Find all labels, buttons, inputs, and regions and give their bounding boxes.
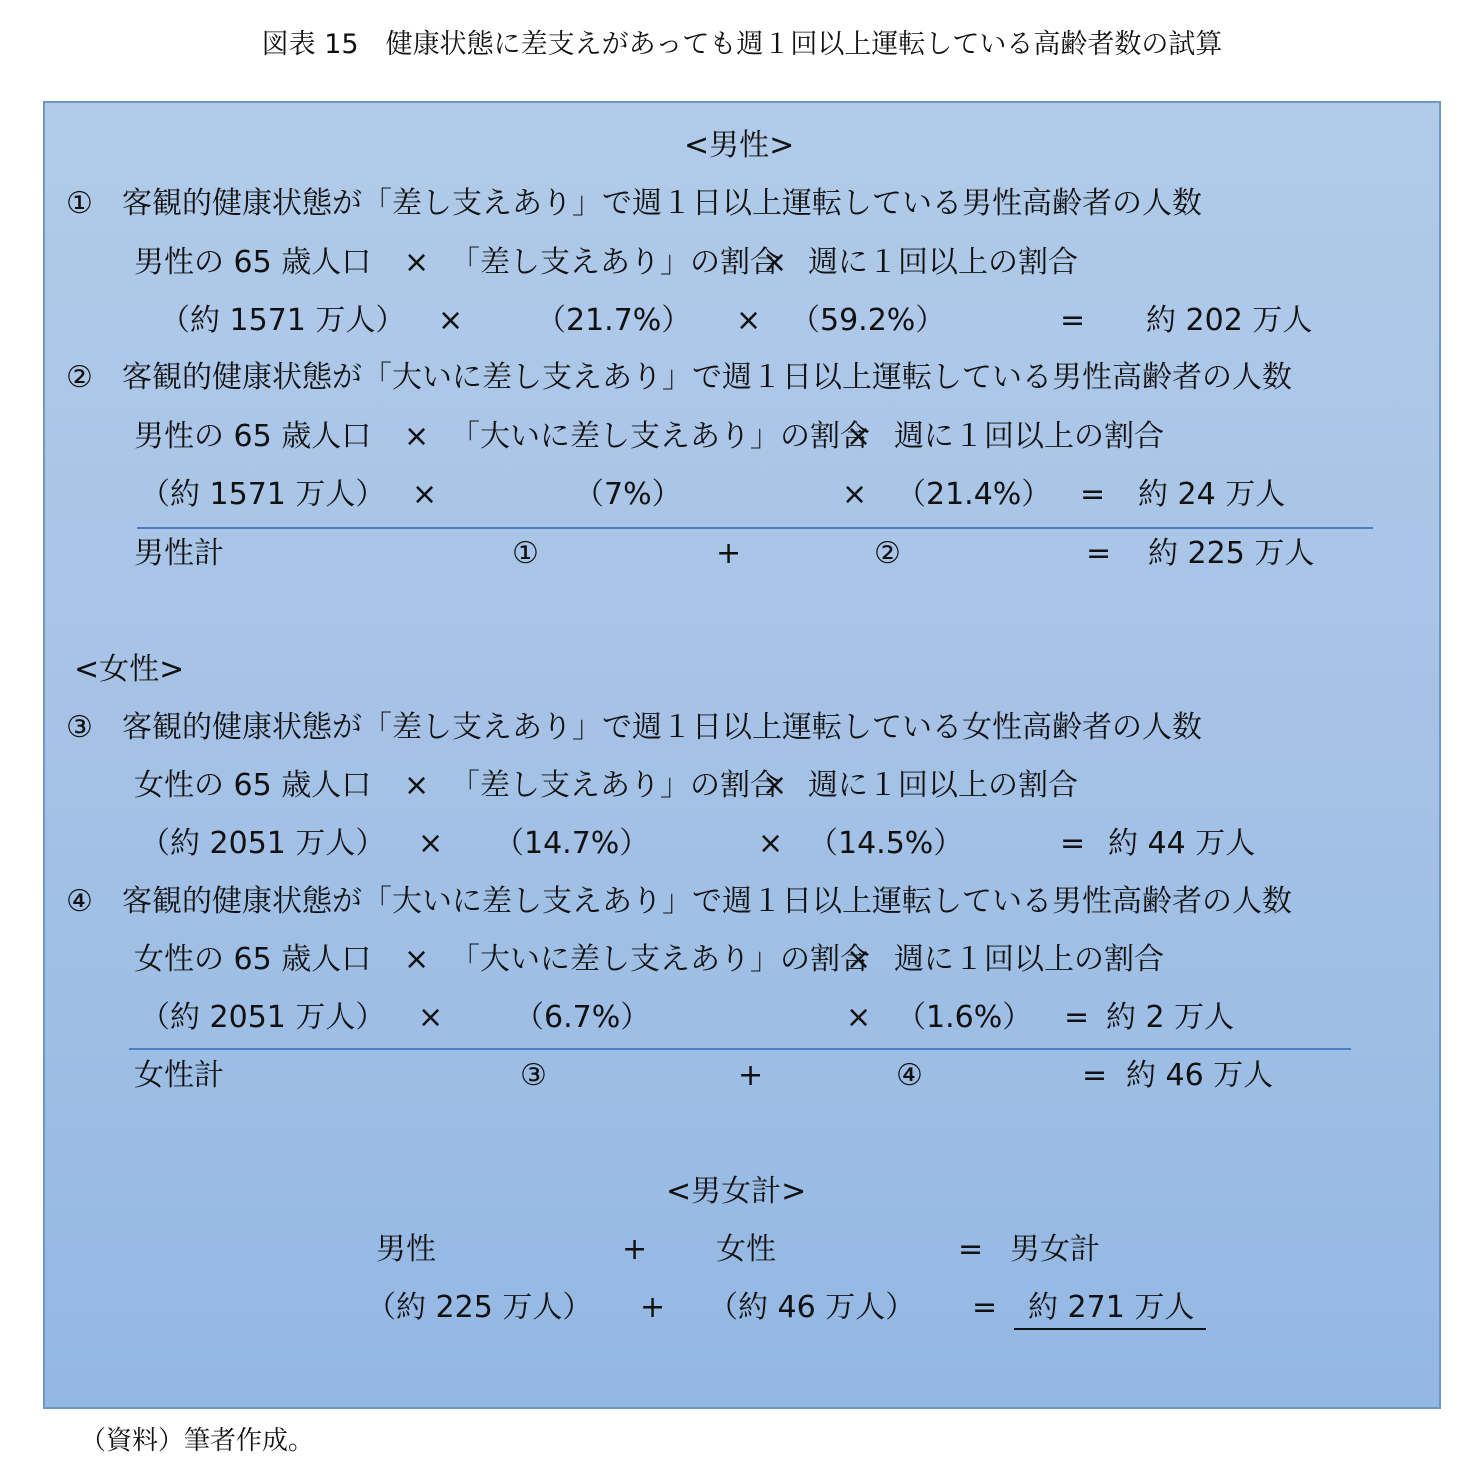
item2-op2: × xyxy=(846,419,871,455)
item3-equals: = xyxy=(1060,826,1085,862)
item1-value-op2: × xyxy=(736,303,761,339)
figure-title: 図表 15 健康状態に差支えがあっても週１回以上運転している高齢者数の試算 xyxy=(0,22,1484,61)
item3-number: ③ xyxy=(66,710,93,746)
female-total-rule xyxy=(129,1048,1351,1050)
item4-factor-ratio: 「大いに差し支えあり」の割合 xyxy=(450,942,870,978)
item2-factor-weekly: 週に１回以上の割合 xyxy=(894,419,1164,455)
item1-description: 客観的健康状態が「差し支えあり」で週１日以上運転している男性高齢者の人数 xyxy=(122,186,1202,222)
item4-description: 客観的健康状態が「大いに差し支えあり」で週１日以上運転している男性高齢者の人数 xyxy=(122,884,1292,920)
item1-op1: × xyxy=(404,245,429,281)
item1-value-op1: × xyxy=(438,303,463,339)
item2-factor-population: 男性の 65 歳人口 xyxy=(134,419,371,455)
female-total-op: + xyxy=(738,1058,763,1094)
item3-value-weekly: （14.5%） xyxy=(808,826,963,862)
item3-value-ratio: （14.7%） xyxy=(494,826,649,862)
item1-op2: × xyxy=(762,245,787,281)
male-total-result: 約 225 万人 xyxy=(1148,536,1314,572)
item4-number: ④ xyxy=(66,884,93,920)
item3-value-population: （約 2051 万人） xyxy=(140,826,385,862)
item1-number: ① xyxy=(66,186,93,222)
grand-value-female: （約 46 万人） xyxy=(708,1290,915,1326)
item4-result: 約 2 万人 xyxy=(1106,1000,1234,1036)
item4-op2: × xyxy=(846,942,871,978)
item4-factor-weekly: 週に１回以上の割合 xyxy=(894,942,1164,978)
male-total-op: + xyxy=(716,536,741,572)
male-heading: <男性> xyxy=(684,128,794,164)
item1-value-population: （約 1571 万人） xyxy=(160,303,405,339)
item1-factor-weekly: 週に１回以上の割合 xyxy=(808,245,1078,281)
item2-value-population: （約 1571 万人） xyxy=(140,477,385,513)
female-heading: <女性> xyxy=(74,652,184,688)
grand-label-total: 男女計 xyxy=(1010,1232,1100,1268)
item4-value-ratio: （6.7%） xyxy=(514,1000,650,1036)
source-note: （資料）筆者作成。 xyxy=(80,1420,314,1457)
grand-label-female: 女性 xyxy=(716,1232,776,1268)
item2-op1: × xyxy=(404,419,429,455)
item4-value-op1: × xyxy=(418,1000,443,1036)
item1-result: 約 202 万人 xyxy=(1146,303,1312,339)
item3-result: 約 44 万人 xyxy=(1108,826,1255,862)
item3-factor-population: 女性の 65 歳人口 xyxy=(134,768,371,804)
item3-value-op1: × xyxy=(418,826,443,862)
item2-value-weekly: （21.4%） xyxy=(896,477,1051,513)
item2-description: 客観的健康状態が「大いに差し支えあり」で週１日以上運転している男性高齢者の人数 xyxy=(122,360,1292,396)
grand-label-op: + xyxy=(622,1232,647,1268)
item4-value-population: （約 2051 万人） xyxy=(140,1000,385,1036)
item1-value-weekly: （59.2%） xyxy=(790,303,945,339)
grand-heading: <男女計> xyxy=(666,1174,806,1210)
grand-label-male: 男性 xyxy=(376,1232,436,1268)
female-total-b: ④ xyxy=(896,1058,923,1094)
female-total-equals: = xyxy=(1082,1058,1107,1094)
grand-label-equals: = xyxy=(958,1232,983,1268)
item3-factor-ratio: 「差し支えあり」の割合 xyxy=(450,768,780,804)
item1-value-ratio: （21.7%） xyxy=(536,303,691,339)
item2-factor-ratio: 「大いに差し支えあり」の割合 xyxy=(450,419,870,455)
female-total-result: 約 46 万人 xyxy=(1126,1058,1273,1094)
item4-op1: × xyxy=(404,942,429,978)
female-total-a: ③ xyxy=(520,1058,547,1094)
item2-equals: = xyxy=(1080,477,1105,513)
item4-value-weekly: （1.6%） xyxy=(896,1000,1032,1036)
male-total-equals: = xyxy=(1086,536,1111,572)
female-total-label: 女性計 xyxy=(134,1058,224,1094)
item3-op2: × xyxy=(762,768,787,804)
item2-value-op1: × xyxy=(412,477,437,513)
male-total-b: ② xyxy=(874,536,901,572)
grand-value-male: （約 225 万人） xyxy=(366,1290,592,1326)
item4-equals: = xyxy=(1064,1000,1089,1036)
item4-value-op2: × xyxy=(846,1000,871,1036)
item1-factor-population: 男性の 65 歳人口 xyxy=(134,245,371,281)
grand-result: 約 271 万人 xyxy=(1014,1290,1206,1330)
item2-value-op2: × xyxy=(842,477,867,513)
calculation-panel xyxy=(43,101,1441,1409)
item3-factor-weekly: 週に１回以上の割合 xyxy=(808,768,1078,804)
item2-result: 約 24 万人 xyxy=(1138,477,1285,513)
item1-equals: = xyxy=(1060,303,1085,339)
item3-value-op2: × xyxy=(758,826,783,862)
item1-factor-ratio: 「差し支えあり」の割合 xyxy=(450,245,780,281)
male-total-a: ① xyxy=(512,536,539,572)
grand-value-equals: = xyxy=(972,1290,997,1326)
item3-description: 客観的健康状態が「差し支えあり」で週１日以上運転している女性高齢者の人数 xyxy=(122,710,1202,746)
male-total-rule xyxy=(137,527,1373,529)
item4-factor-population: 女性の 65 歳人口 xyxy=(134,942,371,978)
male-total-label: 男性計 xyxy=(134,536,224,572)
grand-value-op: + xyxy=(640,1290,665,1326)
item2-number: ② xyxy=(66,360,93,396)
item2-value-ratio: （7%） xyxy=(574,477,682,513)
item3-op1: × xyxy=(404,768,429,804)
